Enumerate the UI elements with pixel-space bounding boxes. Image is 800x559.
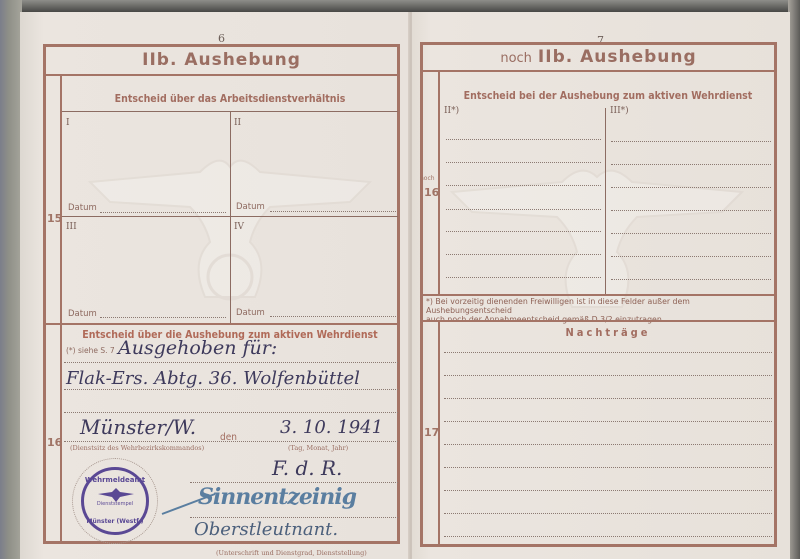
divider xyxy=(420,294,777,296)
ruled-line xyxy=(64,362,398,363)
box-label-ii: II xyxy=(234,118,241,128)
date-value: 3. 10. 1941 xyxy=(280,417,383,438)
booklet-cover-left xyxy=(0,0,22,559)
entry-line-iii-3[interactable] xyxy=(611,187,771,188)
divider xyxy=(605,108,606,294)
nachtraege-line-6[interactable] xyxy=(444,467,772,468)
nachtraege-line-5[interactable] xyxy=(444,444,772,445)
date-field-i[interactable] xyxy=(100,212,226,213)
nachtraege-line-4[interactable] xyxy=(444,421,772,422)
date-field-ii[interactable] xyxy=(270,211,396,212)
section-15-heading: Entscheid über das Arbeitsdienstverhältn… xyxy=(62,93,398,105)
stamp-top-text: Wehrmeldeamt xyxy=(84,476,146,484)
handwritten-ausgehoben: Ausgehoben für: xyxy=(118,337,277,359)
date-field-iii[interactable] xyxy=(100,317,226,318)
noch-label: noch xyxy=(420,175,435,182)
signature-flourish-icon xyxy=(160,488,220,518)
nachtraege-line-7[interactable] xyxy=(444,490,772,491)
nachtraege-line-1[interactable] xyxy=(444,352,772,353)
nachtraege-line-2[interactable] xyxy=(444,375,772,376)
divider xyxy=(230,111,231,323)
place-caption: (Dienstsitz des Wehrbezirkskommandos) xyxy=(70,444,204,452)
entry-line-iii-6[interactable] xyxy=(611,256,771,257)
ruled-line xyxy=(190,482,398,483)
entry-line-iii-1[interactable] xyxy=(611,141,771,142)
ref-note: (*) siehe S. 7 xyxy=(66,346,115,355)
section-17-heading: Nachträge xyxy=(440,326,776,339)
divider xyxy=(43,323,400,325)
stamp-eagle-icon xyxy=(98,488,134,502)
date-label-i: Datum xyxy=(68,203,97,213)
title-text: IIb. Aushebung xyxy=(538,47,697,67)
date-field-iv[interactable] xyxy=(270,316,396,317)
col-label-ii: II*) xyxy=(444,106,459,116)
entry-line-ii-1[interactable] xyxy=(446,139,601,140)
title-prefix: noch xyxy=(500,51,532,66)
entry-line-ii-6[interactable] xyxy=(446,254,601,255)
entry-line-ii-3[interactable] xyxy=(446,185,601,186)
ruled-line xyxy=(64,412,398,413)
official-stamp: Wehrmeldeamt Dienststempel Münster (West… xyxy=(81,467,149,535)
date-label-ii: Datum xyxy=(236,202,265,212)
place-value: Münster/W. xyxy=(80,415,196,439)
right-page: 7 nochIIb. Aushebung noch 16 Entscheid b… xyxy=(412,12,790,559)
entry-line-iii-4[interactable] xyxy=(611,210,771,211)
entry-line-ii-4[interactable] xyxy=(446,209,601,210)
entry-line-iii-2[interactable] xyxy=(611,164,771,165)
entry-line-ii-5[interactable] xyxy=(446,231,601,232)
section-column-divider xyxy=(438,72,440,294)
stamp-bottom-text: Münster (Westf.) xyxy=(84,518,146,525)
date-caption: (Tag, Monat, Jahr) xyxy=(288,444,348,452)
footnote-line-1: *) Bei vorzeitig dienenden Freiwilligen … xyxy=(426,297,776,315)
date-label-iii: Datum xyxy=(68,309,97,319)
stamp-middle-text: Dienststempel xyxy=(84,501,146,507)
box-label-i: I xyxy=(66,118,70,128)
den-label: den xyxy=(220,432,250,443)
entry-line-ii-7[interactable] xyxy=(446,277,601,278)
page-title: IIb. Aushebung xyxy=(46,50,397,70)
divider xyxy=(62,216,398,217)
handwritten-unit: Flak-Ers. Abtg. 36. Wolfenbüttel xyxy=(66,368,360,389)
ruled-line xyxy=(190,517,398,518)
entry-line-ii-2[interactable] xyxy=(446,162,601,163)
col-label-iii: III*) xyxy=(610,106,629,116)
section-column-divider xyxy=(60,76,62,542)
section-number-15: 15 xyxy=(47,212,62,225)
signature-caption: (Unterschrift und Dienstgrad, Dienststel… xyxy=(216,549,367,557)
section-number-16: 16 xyxy=(47,436,62,449)
divider xyxy=(420,320,777,322)
section-number-17: 17 xyxy=(424,426,439,439)
divider xyxy=(43,74,400,76)
section-number-16: 16 xyxy=(424,186,439,199)
box-label-iii: III xyxy=(66,222,77,232)
section-16-heading: Entscheid bei der Aushebung zum aktiven … xyxy=(440,90,776,102)
nachtraege-line-3[interactable] xyxy=(444,398,772,399)
page-title: nochIIb. Aushebung xyxy=(423,47,774,67)
fdr-value: F. d. R. xyxy=(272,456,342,480)
date-label-iv: Datum xyxy=(236,308,265,318)
rank-value: Oberstleutnant. xyxy=(194,519,338,540)
signature: Sinnentzeinig xyxy=(198,484,356,510)
left-page: 6 IIb. Aushebung 15 Entscheid über das A… xyxy=(20,12,412,559)
entry-line-iii-5[interactable] xyxy=(611,233,771,234)
box-label-iv: IV xyxy=(234,222,244,232)
divider xyxy=(420,70,777,72)
nachtraege-line-8[interactable] xyxy=(444,513,772,514)
entry-line-iii-7[interactable] xyxy=(611,279,771,280)
nachtraege-line-9[interactable] xyxy=(444,536,772,537)
ruled-line xyxy=(64,389,398,390)
